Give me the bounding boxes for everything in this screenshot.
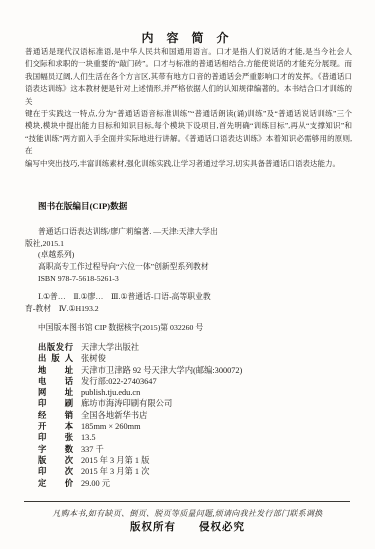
cip-data-block: 图书在版编目(CIP)数据 普通话口语表达训练/廖广莉编著. —天津:天津大学出… — [25, 201, 355, 334]
cip-series-note: 高职高专工作过程导向“六位一体”创新型系列教材 — [25, 261, 355, 273]
colophon-value: 2015 年 3 月第 1 次 — [81, 466, 149, 477]
quality-notice: 凡购本书,如有缺页、倒页、脱页等质量问题,烦请向我社发行部门联系调换 — [0, 508, 375, 519]
colophon-label: 出版发行 — [38, 342, 73, 353]
copyright-statement: 版权所有 侵权必究 — [0, 519, 375, 534]
colophon-row: 电话 发行部:022-27403647 — [38, 376, 363, 387]
footer-divider — [24, 501, 350, 502]
colophon-value: 2015 年 3 月第 1 版 — [81, 455, 149, 466]
colophon-row: 网址 publish.tju.edu.cn — [38, 387, 363, 398]
colophon-label: 印刷 — [38, 398, 73, 409]
colophon-row: 开本 185mm × 260mm — [38, 421, 363, 432]
colophon-row: 字数 337 千 — [38, 444, 363, 455]
colophon-row: 出版人 张树俊 — [38, 353, 363, 364]
book-imprint-page: 内 容 简 介 普通话是现代汉语标准语,是中华人民共和国通用语言。口才是指人们说… — [0, 0, 375, 549]
cip-header: 图书在版编目(CIP)数据 — [25, 201, 355, 213]
colophon-label: 开本 — [38, 421, 73, 432]
colophon-value: 发行部:022-27403647 — [81, 376, 157, 387]
intro-section-title: 内 容 简 介 — [0, 29, 375, 46]
colophon-value: 天津市卫津路 92 号天津大学内(邮编:300072) — [81, 365, 242, 376]
colophon-label: 网址 — [38, 387, 73, 398]
colophon-value: 29.00 元 — [81, 478, 110, 489]
colophon-row: 地址 天津市卫津路 92 号天津大学内(邮编:300072) — [38, 365, 363, 376]
colophon-value: 张树俊 — [81, 353, 106, 364]
intro-paragraph-line: 们交际和求职的一块重要的“敲门砖”。口才与标准的普通话相结合,方能使说话的才能充… — [25, 58, 352, 70]
colophon-label: 电话 — [38, 376, 73, 387]
cip-series: (卓越系列) — [25, 249, 355, 261]
colophon-value: 13.5 — [81, 432, 96, 443]
cip-classification-line2: 育-教材 Ⅳ.①H193.2 — [25, 303, 355, 315]
colophon-value: 185mm × 260mm — [81, 421, 141, 432]
intro-paragraph-line: 普通话是现代汉语标准语,是中华人民共和国通用语言。口才是指人们说话的才能,是当今… — [25, 46, 352, 58]
colophon-row: 印刷 廊坊市海涛印刷有限公司 — [38, 398, 363, 409]
colophon-value: 337 千 — [81, 444, 104, 455]
colophon-label: 版次 — [38, 455, 73, 466]
colophon-row: 定价 29.00 元 — [38, 478, 363, 489]
colophon-label: 字数 — [38, 444, 73, 455]
intro-paragraph-line: 语表达训练》这本教材便是针对上述情形,并严格依据人们的认知规律编著的。本书结合口… — [25, 83, 352, 108]
cip-classification-line1: Ⅰ.①普… Ⅱ.①廖… Ⅲ.①普通话-口语-高等职业教 — [25, 291, 355, 303]
colophon-value: 天津大学出版社 — [81, 342, 139, 353]
colophon-row: 版次 2015 年 3 月第 1 版 — [38, 455, 363, 466]
colophon-row: 经销 全国各地新华书店 — [38, 410, 363, 421]
colophon-label: 定价 — [38, 478, 73, 489]
cip-entry-line2: 版社,2015.1 — [25, 238, 355, 250]
intro-paragraph-line: 我国幅员辽阔,人们生活在各个方言区,其带有地方口音的普通话会严重影响口才的发挥。… — [25, 71, 352, 83]
intro-paragraph: 普通话是现代汉语标准语,是中华人民共和国通用语言。口才是指人们说话的才能,是当今… — [25, 46, 352, 170]
cip-entry-line1: 普通话口语表达训练/廖广莉编著. —天津:天津大学出 — [25, 226, 355, 238]
colophon-row: 出版发行 天津大学出版社 — [38, 342, 363, 353]
intro-paragraph-line: 编写中突出技巧,丰富训练素材,强化训练实践,让学习者通过学习,切实具备普通话口语… — [25, 158, 352, 170]
colophon-label: 出版人 — [38, 353, 73, 364]
cip-record-number: 中国版本图书馆 CIP 数据核字(2015)第 032260 号 — [25, 322, 355, 334]
colophon-value: publish.tju.edu.cn — [81, 387, 140, 398]
colophon-value: 全国各地新华书店 — [81, 410, 147, 421]
colophon-row: 印张 13.5 — [38, 432, 363, 443]
cip-isbn: ISBN 978-7-5618-5261-3 — [25, 273, 355, 285]
intro-paragraph-line: 模块,模块中提出能力目标和知识目标,每个模块下设项目,首先明确“训练目标”,再从… — [25, 120, 352, 132]
colophon-value: 廊坊市海涛印刷有限公司 — [81, 398, 172, 409]
intro-paragraph-line: “技能训练”两方面入手全面并实际地进行讲解。《普通话口语表达训练》本着知识必需够… — [25, 133, 352, 158]
colophon-label: 经销 — [38, 410, 73, 421]
colophon-row: 印次 2015 年 3 月第 1 次 — [38, 466, 363, 477]
intro-paragraph-line: 键在于实践这一特点,分为“普通话语音标准训练”“普通话朗读(诵)训练”及“普通话… — [25, 108, 352, 120]
colophon-label: 印张 — [38, 432, 73, 443]
colophon-label: 地址 — [38, 365, 73, 376]
colophon-table: 出版发行 天津大学出版社 出版人 张树俊 地址 天津市卫津路 92 号天津大学内… — [38, 342, 363, 489]
colophon-label: 印次 — [38, 466, 73, 477]
